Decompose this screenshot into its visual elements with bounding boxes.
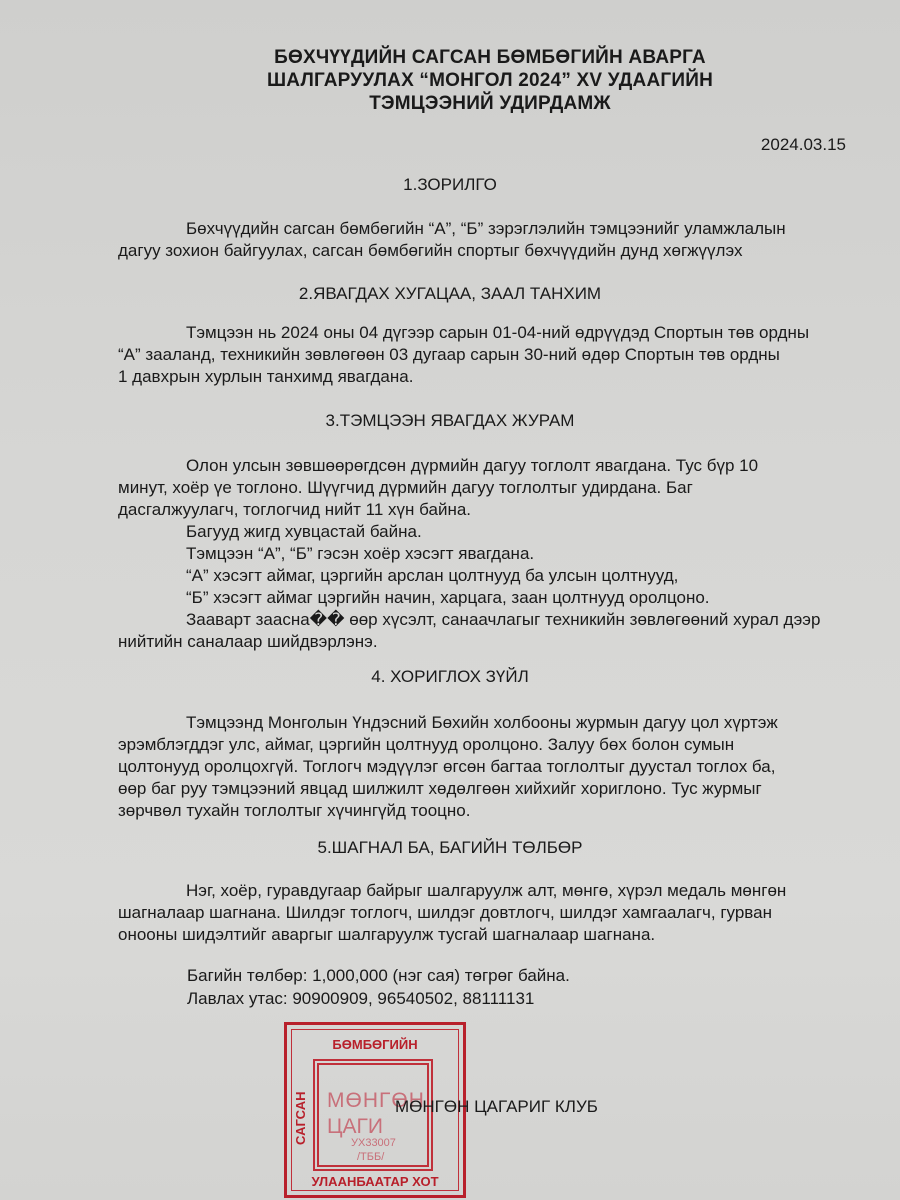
list-item: Тэмцээн “А”, “Б” гэсэн хоёр хэсэгт явагд… — [118, 543, 858, 565]
title-line: БӨХЧҮҮДИЙН САГСАН БӨМБӨГИЙН АВАРГА — [200, 46, 780, 69]
section-body-awards: Нэг, хоёр, гуравдугаар байрыг шалгаруулж… — [118, 880, 858, 946]
list-item: “Б” хэсэгт аймаг цэргийн начин, харцага,… — [118, 587, 858, 609]
section-heading-awards-fee: 5.ШАГНАЛ БА, БАГИЙН ТӨЛБӨР — [0, 838, 900, 858]
signature-club-name: МӨНГӨН ЦАГАРИГ КЛУБ — [395, 1097, 598, 1117]
section-heading-time-venue: 2.ЯВАГДАХ ХУГАЦАА, ЗААЛ ТАНХИМ — [0, 284, 900, 304]
section-body-goal: Бөхчүүдийн сагсан бөмбөгийн “А”, “Б” зэр… — [118, 218, 858, 262]
stamp-code2: /ТББ/ — [357, 1151, 384, 1163]
section-heading-prohibited: 4. ХОРИГЛОХ ЗҮЙЛ — [0, 667, 900, 687]
section-heading-goal: 1.ЗОРИЛГО — [0, 175, 900, 195]
list-item: Багууд жигд хувцастай байна. — [118, 521, 858, 543]
section-heading-procedure: 3.ТЭМЦЭЭН ЯВАГДАХ ЖУРАМ — [0, 411, 900, 431]
document-page: БӨХЧҮҮДИЙН САГСАН БӨМБӨГИЙН АВАРГА ШАЛГА… — [0, 0, 900, 1200]
list-item: “А” хэсэгт аймаг, цэргийн арслан цолтнуу… — [118, 565, 858, 587]
team-fee: Багийн төлбөр: 1,000,000 (нэг сая) төгрө… — [187, 965, 570, 987]
title-line: ТЭМЦЭЭНИЙ УДИРДАМЖ — [200, 92, 780, 115]
stamp-code: УХ33007 — [351, 1137, 396, 1149]
contact-phone: Лавлах утас: 90900909, 96540502, 8811113… — [187, 988, 534, 1010]
section-body-procedure: Олон улсын зөвшөөрөгдсөн дүрмийн дагуу т… — [118, 455, 858, 653]
document-title: БӨХЧҮҮДИЙН САГСАН БӨМБӨГИЙН АВАРГА ШАЛГА… — [200, 46, 780, 115]
stamp-side-text: САГСАН — [293, 1092, 308, 1146]
stamp-top-text: БӨМБӨГИЙН — [287, 1037, 463, 1052]
stamp-center-line2: ЦАГИ — [327, 1115, 383, 1139]
title-line: ШАЛГАРУУЛАХ “МОНГОЛ 2024” XV УДААГИЙН — [200, 69, 780, 92]
section-body-prohibited: Тэмцээнд Монголын Үндэсний Бөхийн холбоо… — [118, 712, 858, 822]
stamp-bottom-text: УЛААНБААТАР ХОТ — [287, 1174, 463, 1189]
section-body-time-venue: Тэмцээн нь 2024 оны 04 дүгээр сарын 01-0… — [118, 322, 858, 388]
document-date: 2024.03.15 — [761, 135, 846, 155]
